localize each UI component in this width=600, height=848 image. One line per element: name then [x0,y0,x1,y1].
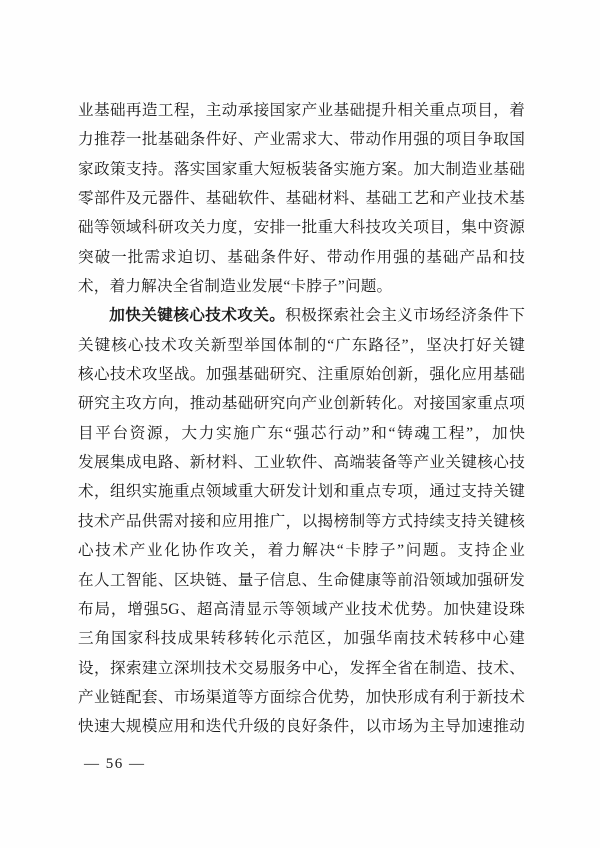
line-text: 家政策支持。落实国家重大短板装备实施方案。加大制造业基础 [78,161,525,178]
text-line: 设，探索建立深圳技术交易服务中心，发挥全省在制造、技术、 [78,654,525,683]
text-line: 加快关键核心技术攻关。积极探索社会主义市场经济条件下 [78,301,525,330]
line-text: 目平台资源，大力实施广东“强芯行动”和“铸魂工程”，加快 [78,425,525,442]
line-text: 零部件及元器件、基础软件、基础材料、基础工艺和产业技术基 [78,190,525,207]
text-line: 术，着力解决全省制造业发展“卡脖子”问题。 [78,272,525,301]
text-line: 关键核心技术攻关新型举国体制的“广东路径”，坚决打好关键 [78,331,525,360]
text-line: 力推荐一批基础条件好、产业需求大、带动作用强的项目争取国 [78,125,525,154]
paragraph-key-core-technology: 加快关键核心技术攻关。积极探索社会主义市场经济条件下关键核心技术攻关新型举国体制… [78,301,525,741]
line-text: 突破一批需求迫切、基础条件好、带动作用强的基础产品和技 [78,249,525,266]
text-line: 零部件及元器件、基础软件、基础材料、基础工艺和产业技术基 [78,184,525,213]
text-line: 技术产品供需对接和应用推广，以揭榜制等方式持续支持关键核 [78,507,525,536]
line-text: 布局，增强5G、超高清显示等领域产业技术优势。加快建设珠 [78,601,525,618]
line-text: 发展集成电路、新材料、工业软件、高端装备等产业关键核心技 [78,454,525,471]
line-text: 三角国家科技成果转移转化示范区，加强华南技术转移中心建 [78,630,525,647]
page-body-text: 业基础再造工程，主动承接国家产业基础提升相关重点项目，着力推荐一批基础条件好、产… [78,96,525,742]
document-page: 业基础再造工程，主动承接国家产业基础提升相关重点项目，着力推荐一批基础条件好、产… [0,0,600,848]
line-text: 研究主攻方向，推动基础研究向产业创新转化。对接国家重点项 [78,395,525,412]
text-line: 核心技术攻坚战。加强基础研究、注重原始创新，强化应用基础 [78,360,525,389]
line-text: 心技术产业化协作攻关，着力解决“卡脖子”问题。支持企业 [78,542,525,559]
line-text: 快速大规模应用和迭代升级的良好条件，以市场为主导加速推动 [78,718,525,735]
line-text: 础等领域科研攻关力度，安排一批重大科技攻关项目，集中资源 [78,219,525,236]
paragraph-industry-foundation: 业基础再造工程，主动承接国家产业基础提升相关重点项目，着力推荐一批基础条件好、产… [78,96,525,301]
bold-lead-in: 加快关键核心技术攻关。 [109,307,285,324]
line-text: 积极探索社会主义市场经济条件下 [285,307,525,324]
line-text: 产业链配套、市场渠道等方面综合优势，加快形成有利于新技术 [78,689,525,706]
line-text: 术，着力解决全省制造业发展“卡脖子”问题。 [78,278,392,295]
line-text: 力推荐一批基础条件好、产业需求大、带动作用强的项目争取国 [78,131,525,148]
line-text: 在人工智能、区块链、量子信息、生命健康等前沿领域加强研发 [78,572,525,589]
text-line: 础等领域科研攻关力度，安排一批重大科技攻关项目，集中资源 [78,213,525,242]
line-text: 关键核心技术攻关新型举国体制的“广东路径”，坚决打好关键 [78,337,525,354]
line-text: 术，组织实施重点领域重大研发计划和重点专项，通过支持关键 [78,483,525,500]
text-line: 心技术产业化协作攻关，着力解决“卡脖子”问题。支持企业 [78,536,525,565]
text-line: 业基础再造工程，主动承接国家产业基础提升相关重点项目，着 [78,96,525,125]
text-line: 产业链配套、市场渠道等方面综合优势，加快形成有利于新技术 [78,683,525,712]
text-line: 术，组织实施重点领域重大研发计划和重点专项，通过支持关键 [78,477,525,506]
text-line: 发展集成电路、新材料、工业软件、高端装备等产业关键核心技 [78,448,525,477]
text-line: 研究主攻方向，推动基础研究向产业创新转化。对接国家重点项 [78,389,525,418]
text-line: 在人工智能、区块链、量子信息、生命健康等前沿领域加强研发 [78,566,525,595]
text-line: 家政策支持。落实国家重大短板装备实施方案。加大制造业基础 [78,155,525,184]
text-line: 三角国家科技成果转移转化示范区，加强华南技术转移中心建 [78,624,525,653]
line-text: 核心技术攻坚战。加强基础研究、注重原始创新，强化应用基础 [78,366,525,383]
text-line: 快速大规模应用和迭代升级的良好条件，以市场为主导加速推动 [78,712,525,741]
page-number: — 56 — [84,752,146,776]
text-line: 突破一批需求迫切、基础条件好、带动作用强的基础产品和技 [78,243,525,272]
text-line: 目平台资源，大力实施广东“强芯行动”和“铸魂工程”，加快 [78,419,525,448]
line-text: 业基础再造工程，主动承接国家产业基础提升相关重点项目，着 [78,102,525,119]
line-text: 设，探索建立深圳技术交易服务中心，发挥全省在制造、技术、 [78,660,525,677]
text-line: 布局，增强5G、超高清显示等领域产业技术优势。加快建设珠 [78,595,525,624]
line-text: 技术产品供需对接和应用推广，以揭榜制等方式持续支持关键核 [78,513,525,530]
